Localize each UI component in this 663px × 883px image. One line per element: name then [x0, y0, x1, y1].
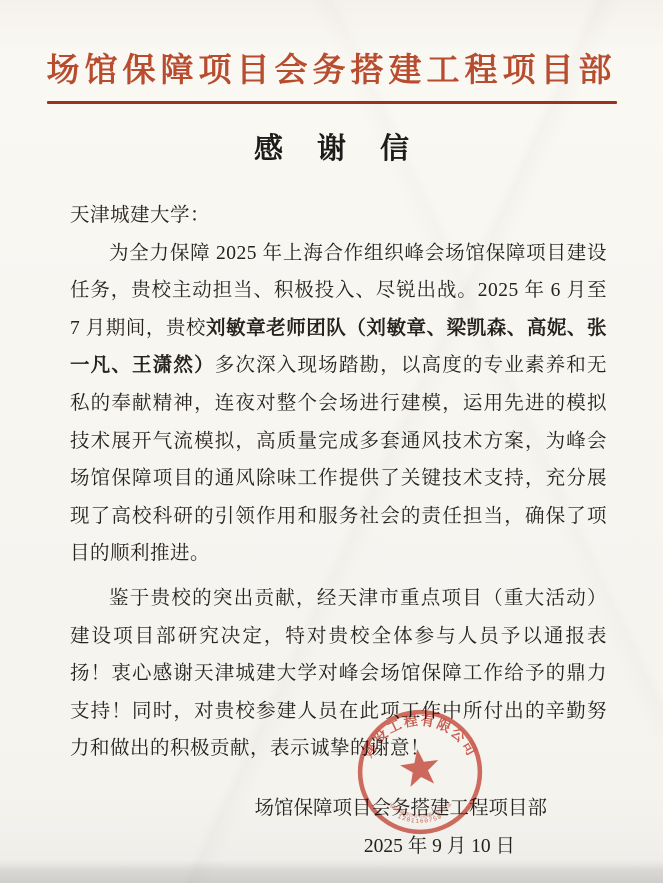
paragraph-text: 多次深入现场踏勘，以高度的专业素养和无私的奉献精神，连夜对整个会场进行建模，运用… [70, 355, 607, 564]
org-header: 场馆保障项目会务搭建工程项目部 [0, 0, 663, 91]
salutation: 天津城建大学： [70, 197, 607, 235]
signature-date: 2025 年 9 月 10 日 [0, 828, 663, 866]
body-paragraph: 鉴于贵校的突出贡献，经天津市重点项目（重大活动）建设项目部研究决定，特对贵校全体… [70, 580, 607, 768]
signature-block: 场馆保障项目会务搭建工程项目部 2025 年 9 月 10 日 [0, 790, 663, 865]
letter-page: 场馆保障项目会务搭建工程项目部 感 谢 信 天津城建大学： 为全力保障 2025… [0, 0, 663, 883]
body-paragraphs: 为全力保障 2025 年上海合作组织峰会场馆保障项目建设任务，贵校主动担当、积极… [70, 235, 607, 768]
header-rule [47, 101, 617, 104]
letter-body: 天津城建大学： 为全力保障 2025 年上海合作组织峰会场馆保障项目建设任务，贵… [0, 197, 663, 768]
signature-org: 场馆保障项目会务搭建工程项目部 [0, 790, 663, 828]
letter-title: 感 谢 信 [0, 126, 663, 167]
paragraph-text: 鉴于贵校的突出贡献，经天津市重点项目（重大活动）建设项目部研究决定，特对贵校全体… [70, 588, 607, 759]
body-paragraph: 为全力保障 2025 年上海合作组织峰会场馆保障项目建设任务，贵校主动担当、积极… [70, 235, 607, 573]
